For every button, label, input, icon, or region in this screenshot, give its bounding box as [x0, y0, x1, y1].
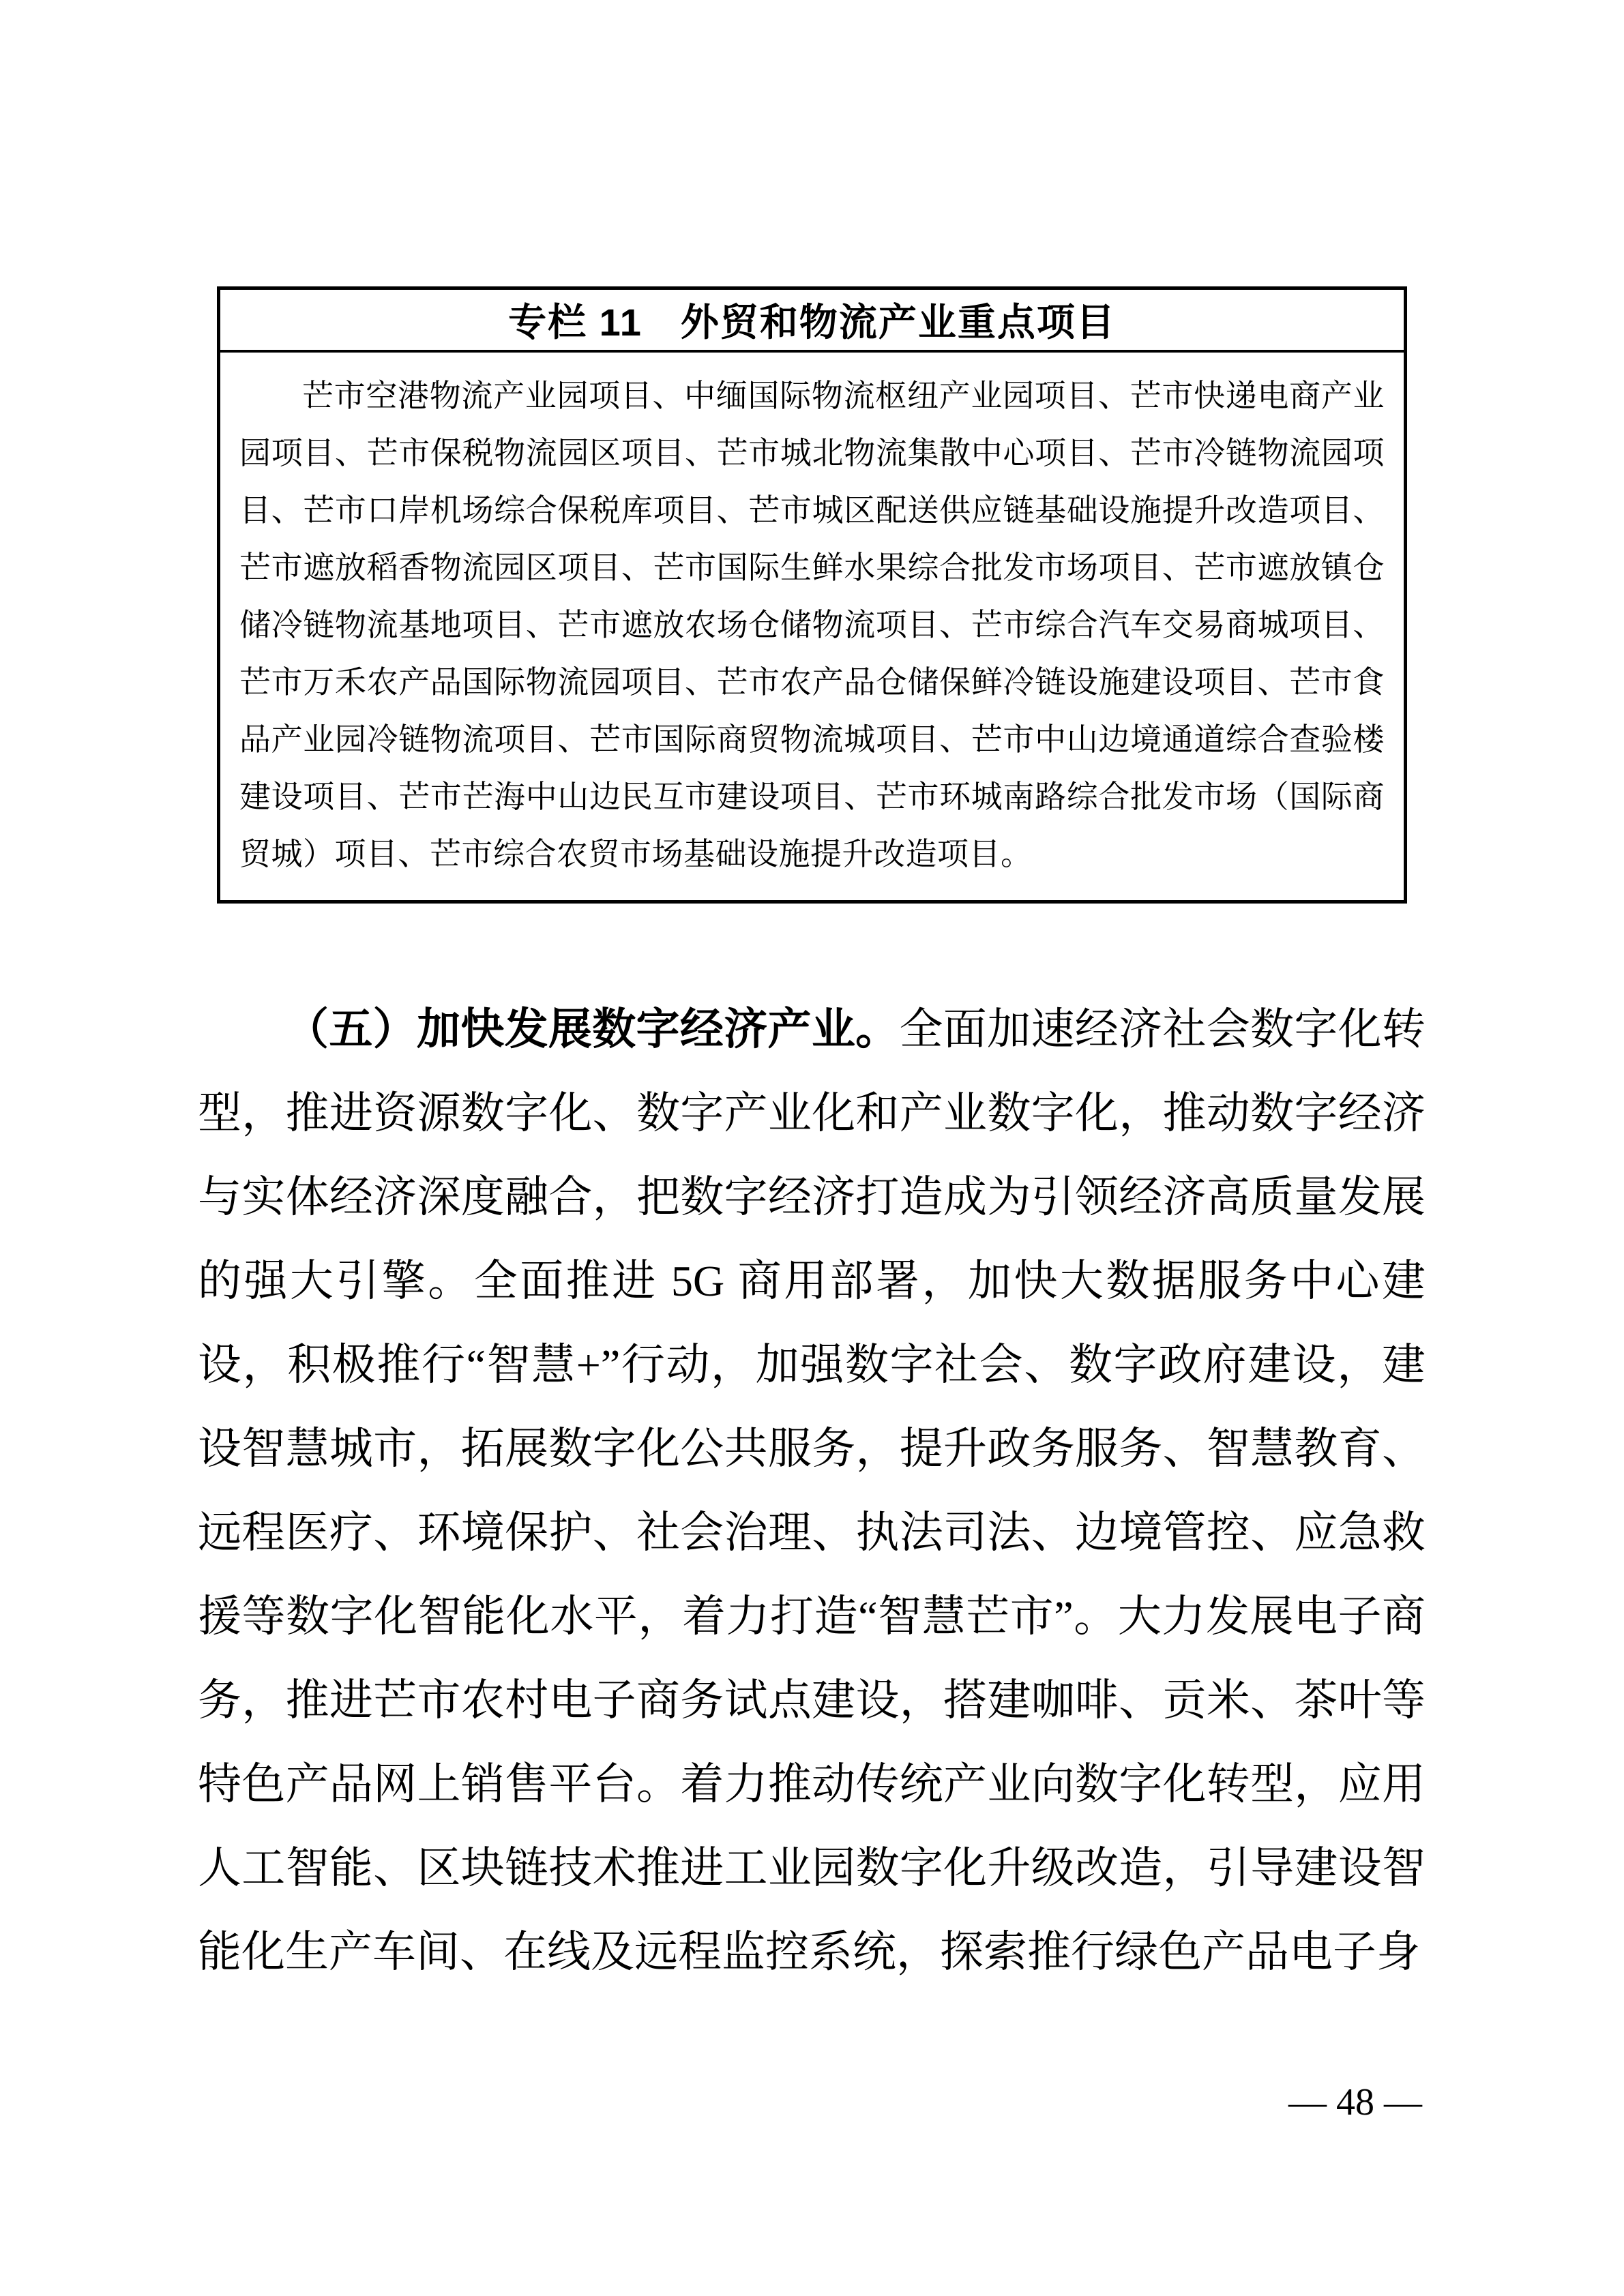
paragraph-lead: （五）加快发展数字经济产业。 — [285, 1005, 899, 1054]
highlight-box: 专栏 11 外贸和物流产业重点项目 芒市空港物流产业园项目、中缅国际物流枢纽产业… — [217, 286, 1407, 904]
paragraph-text: 全面加速经济社会数字化转型，推进资源数字化、数字产业化和产业数字化，推动数字经济… — [198, 1005, 1426, 1976]
box-title-number: 专栏 11 — [508, 293, 643, 347]
box-title: 专栏 11 外贸和物流产业重点项目 — [220, 290, 1404, 353]
box-title-text: 外贸和物流产业重点项目 — [681, 293, 1116, 347]
document-page: 专栏 11 外贸和物流产业重点项目 芒市空港物流产业园项目、中缅国际物流枢纽产业… — [0, 0, 1624, 2296]
body-paragraph: （五）加快发展数字经济产业。全面加速经济社会数字化转型，推进资源数字化、数字产业… — [198, 987, 1426, 1994]
box-body-text: 芒市空港物流产业园项目、中缅国际物流枢纽产业园项目、芒市快递电商产业园项目、芒市… — [220, 353, 1404, 883]
page-number: — 48 — — [1288, 2078, 1422, 2126]
